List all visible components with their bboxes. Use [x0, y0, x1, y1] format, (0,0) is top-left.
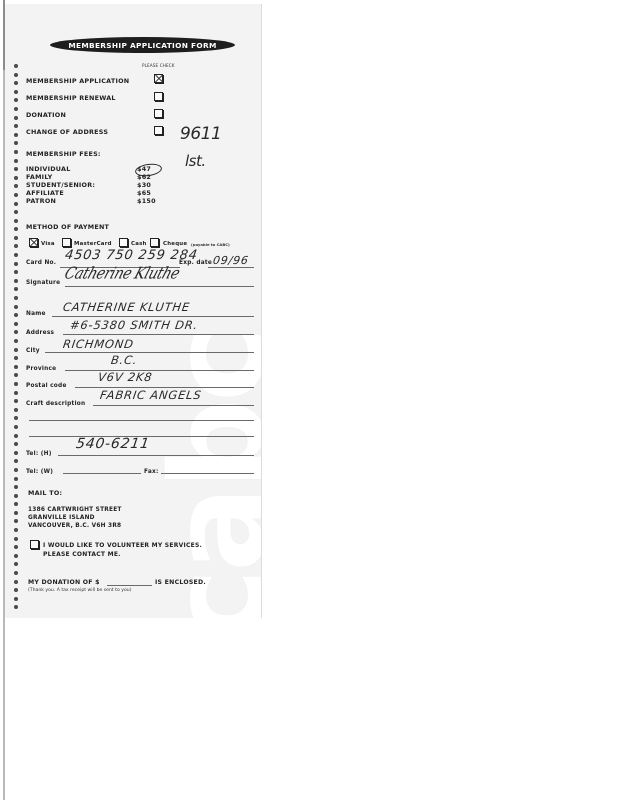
fee-individual-label: INDIVIDUAL — [26, 165, 71, 173]
exp-date-line — [208, 267, 254, 268]
handwritten-note-9611: 9611 — [180, 124, 221, 144]
fees-heading: MEMBERSHIP FEES: — [26, 150, 101, 158]
name-input[interactable]: CATHERINE KLUTHE — [62, 300, 191, 314]
tel-home-label: Tel: (H) — [26, 451, 52, 457]
binding-dots — [14, 64, 19, 614]
postal-code-input[interactable]: V6V 2K8 — [97, 370, 153, 384]
payment-visa-checkbox[interactable] — [29, 238, 38, 247]
province-input[interactable]: B.C. — [110, 353, 138, 367]
postal-code-label: Postal code — [26, 383, 67, 389]
craft-description-input[interactable]: FABRIC ANGELS — [99, 388, 202, 402]
fee-affiliate-price: $65 — [137, 189, 151, 197]
exp-date-label: Exp. date — [179, 260, 212, 266]
craft-extra-line-1 — [29, 420, 254, 421]
name-label: Name — [26, 311, 46, 317]
fee-affiliate-label: AFFILIATE — [26, 189, 64, 197]
option-membership-application-checkbox[interactable] — [154, 74, 163, 83]
volunteer-line-2: PLEASE CONTACT ME. — [43, 551, 121, 558]
tel-home-input[interactable]: 540-6211 — [75, 436, 151, 452]
handwritten-note-lst: lst. — [185, 152, 206, 170]
donation-suffix: IS ENCLOSED. — [155, 579, 206, 586]
payment-visa-label: Visa — [41, 241, 55, 247]
donation-prefix: MY DONATION OF $ — [28, 579, 100, 586]
option-membership-application-label: MEMBERSHIP APPLICATION — [26, 77, 129, 85]
tel-home-line — [58, 455, 254, 456]
option-change-of-address-label: CHANGE OF ADDRESS — [26, 128, 108, 136]
option-membership-renewal-checkbox[interactable] — [154, 92, 163, 101]
payment-mastercard-checkbox[interactable] — [62, 238, 71, 247]
option-donation-label: DONATION — [26, 111, 66, 119]
craft-description-line — [93, 405, 254, 406]
mail-to-line-1: 1386 CARTWRIGHT STREET — [28, 507, 122, 513]
city-line — [45, 352, 254, 353]
donation-amount-line[interactable] — [107, 585, 152, 586]
payment-heading: METHOD OF PAYMENT — [26, 223, 109, 231]
province-label: Province — [26, 366, 56, 372]
fee-patron-price: $150 — [137, 197, 156, 205]
signature-line — [65, 286, 254, 287]
city-input[interactable]: RICHMOND — [62, 337, 135, 351]
name-line — [52, 316, 254, 317]
signature-input[interactable]: Catherine Kluthe — [62, 265, 182, 283]
payment-cheque-checkbox[interactable] — [150, 238, 159, 247]
volunteer-checkbox[interactable] — [30, 540, 39, 549]
address-line — [63, 334, 254, 335]
fee-student-senior-price: $30 — [137, 181, 151, 189]
fee-family-label: FAMILY — [26, 173, 53, 181]
payment-cheque-note: (payable to CABC) — [191, 242, 230, 247]
mail-to-line-2: GRANVILLE ISLAND — [28, 515, 95, 521]
payment-cash-checkbox[interactable] — [119, 238, 128, 247]
mail-to-line-3: VANCOUVER, B.C. V6H 3R8 — [28, 523, 121, 529]
address-label: Address — [26, 330, 54, 336]
form-title: MEMBERSHIP APPLICATION FORM — [50, 37, 235, 53]
payment-cash-label: Cash — [131, 241, 147, 247]
card-number-label: Card No. — [26, 260, 56, 266]
option-change-of-address-checkbox[interactable] — [154, 126, 163, 135]
signature-label: Signature — [26, 280, 60, 286]
province-line — [65, 370, 254, 371]
please-check-label: PLEASE CHECK — [142, 63, 175, 68]
fee-patron-label: PATRON — [26, 197, 56, 205]
membership-form: cabc MEMBERSHIP APPLICATION FORM PLEASE … — [5, 4, 262, 618]
city-label: City — [26, 348, 40, 354]
tel-work-label: Tel: (W) — [26, 469, 53, 475]
donation-note: (Thank you. A tax receipt will be sent t… — [28, 588, 131, 593]
exp-date-input[interactable]: 09/96 — [212, 254, 250, 267]
cabc-watermark-text: cabc — [155, 330, 262, 618]
fax-line[interactable] — [161, 473, 254, 474]
craft-description-label: Craft description — [26, 401, 85, 407]
fax-label: Fax: — [144, 469, 159, 475]
option-donation-checkbox[interactable] — [154, 109, 163, 118]
tel-work-line[interactable] — [63, 473, 141, 474]
mail-to-heading: MAIL TO: — [28, 489, 62, 497]
fee-student-senior-label: STUDENT/SENIOR: — [26, 181, 95, 189]
volunteer-line-1: I WOULD LIKE TO VOLUNTEER MY SERVICES. — [43, 542, 202, 549]
payment-mastercard-label: MasterCard — [74, 241, 112, 247]
fee-family-price: $62 — [137, 173, 151, 181]
payment-cheque-label: Cheque — [163, 241, 187, 247]
option-membership-renewal-label: MEMBERSHIP RENEWAL — [26, 94, 116, 102]
address-input[interactable]: #6-5380 SMITH DR. — [69, 318, 199, 332]
